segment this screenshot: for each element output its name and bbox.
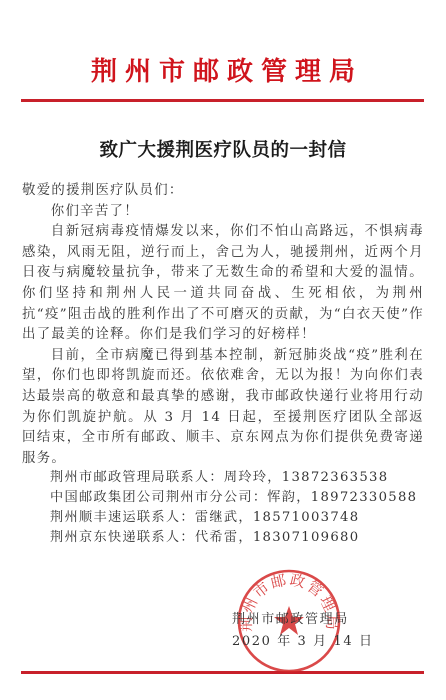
contact-line: 中国邮政集团公司荆州市分公司：恽韵，18972330588 [50,488,417,508]
letter-body: 敬爱的援荆医疗队员们： 你们辛苦了！ 自新冠病毒疫情爆发以来，你们不怕山高路远，… [22,181,424,469]
greeting: 你们辛苦了！ [22,202,424,223]
signature-block: 荆州市邮政管理局 2020 年 3 月 14 日 [232,609,374,653]
paragraph: 目前，全市病魔已得到基本控制，新冠肺炎战“疫”胜利在望，你们也即将凯旋而还。依依… [22,346,424,470]
footer-red-rule [21,671,424,674]
contact-list: 荆州市邮政管理局联系人：周玲玲，13872363538 中国邮政集团公司荆州市分… [50,468,417,548]
salutation: 敬爱的援荆医疗队员们： [22,181,424,202]
masthead-organization-name: 荆州市邮政管理局 [0,56,446,88]
contact-line: 荆州京东快递联系人：代希雷，18307109680 [50,528,417,548]
contact-line: 荆州市邮政管理局联系人：周玲玲，13872363538 [50,468,417,488]
letter-title: 致广大援荆医疗队员的一封信 [0,138,446,164]
signature-issuer: 荆州市邮政管理局 [232,609,374,631]
contact-line: 荆州顺丰速运联系人：雷继武，18571003748 [50,508,417,528]
masthead-red-rule [21,99,424,102]
paragraph: 自新冠病毒疫情爆发以来，你们不怕山高路远，不惧病毒感染，风雨无阻，逆行而上，舍己… [22,222,424,346]
signature-date: 2020 年 3 月 14 日 [232,631,374,653]
